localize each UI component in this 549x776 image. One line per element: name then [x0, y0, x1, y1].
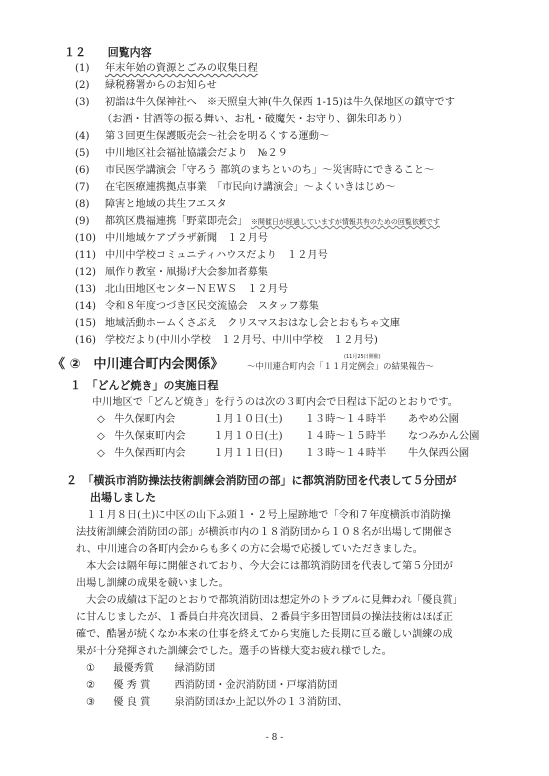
- fire-heading-line-2: 出場しました: [90, 491, 156, 504]
- item-text: 初詣は牛久保神社へ ※天照皇大神(牛久保西 1-15)は牛久保地区の鎮守です: [105, 97, 455, 108]
- circled-number: ③: [86, 696, 110, 709]
- award-row-1: ① 最優秀賞 緑消防団: [86, 662, 215, 675]
- paragraph-line: 確で、酷暑が続くなか本来の仕事を終えてから実施した長期に亘る厳しい訓練の成: [76, 628, 453, 641]
- list-item-2: (2)緑税務署からのお知らせ: [75, 79, 217, 92]
- list-item-13: (13)北山田地区センターＮＥＷＳ １２月号: [75, 283, 288, 296]
- section-2-heading: 《 ② 中川連合町内会関係》: [52, 358, 224, 371]
- item-text: 中川地域ケアプラザ新聞 １２月号: [105, 233, 268, 244]
- diamond-icon: ◇: [97, 430, 111, 443]
- item-text: 地域活動ホームくさぶえ クリスマスおはなし会とおもちゃ文庫: [105, 318, 400, 329]
- list-item-9: (9)都筑区農福連携「野菜即売会」 ※開催日が経過していますが情報共有のための回…: [75, 215, 440, 229]
- fire-heading-line-1: ２ 「横浜市消防操法技術訓練会消防団の部」に都筑消防団を代表して５分団が: [66, 474, 457, 487]
- list-item-11: (11)中川中学校コミュニティハウスだより １２月号: [75, 249, 328, 262]
- paragraph-line: 法技術訓練会消防団の部」が横浜市内の１８消防団から１０８名が出場して開催さ: [76, 526, 453, 539]
- list-item-10: (10)中川地域ケアプラザ新聞 １２月号: [75, 232, 268, 245]
- item-text: 都筑区農福連携「野菜即売会」: [105, 216, 248, 227]
- section-12-heading: １２ 回覧内容: [64, 46, 152, 59]
- item-text: 障害と地域の共生フエスタ: [105, 199, 227, 210]
- paragraph-line: 本大会は隔年毎に開催されており、今大会には都筑消防団を代表して第５分団が: [76, 560, 453, 573]
- list-item-1: (1)年末年始の資源とごみの収集日程: [75, 62, 258, 75]
- paragraph-line: に甘んじましたが、１番員白井亮次団員、２番員宇多田智団員の操法技術はほぼ正: [76, 611, 453, 624]
- item-text: 年末年始の資源とごみの収集日程: [105, 63, 258, 74]
- award-row-3: ③ 優 良 賞 泉消防団ほか上記以外の１３消防団、: [86, 696, 348, 709]
- dondo-row-2: ◇ 牛久保東町内会 １月１０日(土) １４時～１５時半 なつみかん公園: [97, 430, 479, 443]
- list-item-6: (6)市民医学講演会「守ろう 都筑のまちといのち」～災害時にできること～: [75, 164, 434, 177]
- list-item-5: (5)中川地区社会福祉協議会だより №２９: [75, 147, 288, 160]
- diamond-icon: ◇: [97, 447, 111, 460]
- circled-number: ①: [86, 662, 110, 675]
- list-item-15: (15)地域活動ホームくさぶえ クリスマスおはなし会とおもちゃ文庫: [75, 317, 400, 330]
- paragraph-line: 出場し訓練の成果を競いました。: [76, 577, 229, 590]
- item-text: 中川地区社会福祉協議会だより №２９: [105, 148, 288, 159]
- section-number: １２: [64, 46, 86, 59]
- item-text: 第３回更生保護販売会～社会を明るくする運動～: [105, 131, 329, 142]
- list-item-4: (4)第３回更生保護販売会～社会を明るくする運動～: [75, 130, 329, 143]
- list-item-3-sub: （お酒・甘酒等の振る舞い、お札・破魔矢・お守り、御朱印あり）: [102, 113, 408, 126]
- item-text: 凧作り教室・凧揚げ大会参加者募集: [105, 267, 268, 278]
- list-item-12: (12)凧作り教室・凧揚げ大会参加者募集: [75, 266, 268, 279]
- item-text: 在宅医療連携拠点事業 「市民向け講演会」～よくいきはじめ～: [105, 182, 395, 193]
- item-text: 令和８年度つづき区民交流協会 スタッフ募集: [105, 301, 319, 312]
- dondo-heading: １ 「どんど焼き」の実施日程: [70, 379, 219, 392]
- paragraph-line: 果が十分発揮された訓練会でした。選手の皆様大変お疲れ様でした。: [76, 645, 392, 658]
- award-row-2: ② 優 秀 賞 西消防団・金沢消防団・戸塚消防団: [86, 679, 338, 692]
- dondo-row-3: ◇ 牛久保西町内会 １月１１日(日) １３時～１４時半 牛久保西公園: [97, 447, 469, 460]
- section-2-subtitle: ～中川連合町内会「１１月定例会」の結果報告～: [247, 361, 434, 374]
- date-note: (11月25日開催): [344, 354, 381, 360]
- item-text: 学校だより(中川小学校 １２月号、中川中学校 １２月号): [105, 335, 378, 346]
- section-title: 回覧内容: [108, 46, 152, 59]
- diamond-icon: ◇: [97, 413, 111, 426]
- item-note: ※開催日が経過していますが情報共有のための回覧依頼です: [251, 218, 440, 226]
- list-item-7: (7)在宅医療連携拠点事業 「市民向け講演会」～よくいきはじめ～: [75, 181, 395, 194]
- list-item-14: (14)令和８年度つづき区民交流協会 スタッフ募集: [75, 300, 319, 313]
- item-text: 市民医学講演会「守ろう 都筑のまちといのち」～災害時にできること～: [105, 165, 434, 176]
- document-page: １２ 回覧内容 (1)年末年始の資源とごみの収集日程 (2)緑税務署からのお知ら…: [0, 0, 549, 776]
- paragraph-line: １１月８日(土)に中区の山下ふ頭１・２号上屋跡地で「令和７年度横浜市消防操: [76, 509, 451, 522]
- item-text: 緑税務署からのお知らせ: [105, 80, 217, 91]
- paragraph-line: 大会の成績は下記のとおりで都筑消防団は想定外のトラブルに見舞われ「優良賞」: [76, 594, 463, 607]
- page-number: - 8 -: [0, 733, 549, 743]
- dondo-row-1: ◇ 牛久保町内会 １月１０日(土) １３時～１４時半 あやめ公園: [97, 413, 459, 426]
- list-item-3: (3)初詣は牛久保神社へ ※天照皇大神(牛久保西 1-15)は牛久保地区の鎮守で…: [75, 96, 455, 109]
- circled-number: ②: [86, 679, 110, 692]
- paragraph-line: れ、中川連合の各町内会からも多くの方に会場で応援していただきました。: [76, 543, 423, 556]
- item-text: 北山田地区センターＮＥＷＳ １２月号: [105, 284, 288, 295]
- item-subtext: （お酒・甘酒等の振る舞い、お札・破魔矢・お守り、御朱印あり）: [102, 114, 408, 125]
- list-item-8: (8)障害と地域の共生フエスタ: [75, 198, 227, 211]
- dondo-intro: 中川地区で「どんど焼き」を行うのは次の３町内会で日程は下記のとおりです。: [92, 396, 458, 409]
- list-item-16: (16)学校だより(中川小学校 １２月号、中川中学校 １２月号): [75, 334, 378, 347]
- item-text: 中川中学校コミュニティハウスだより １２月号: [105, 250, 328, 261]
